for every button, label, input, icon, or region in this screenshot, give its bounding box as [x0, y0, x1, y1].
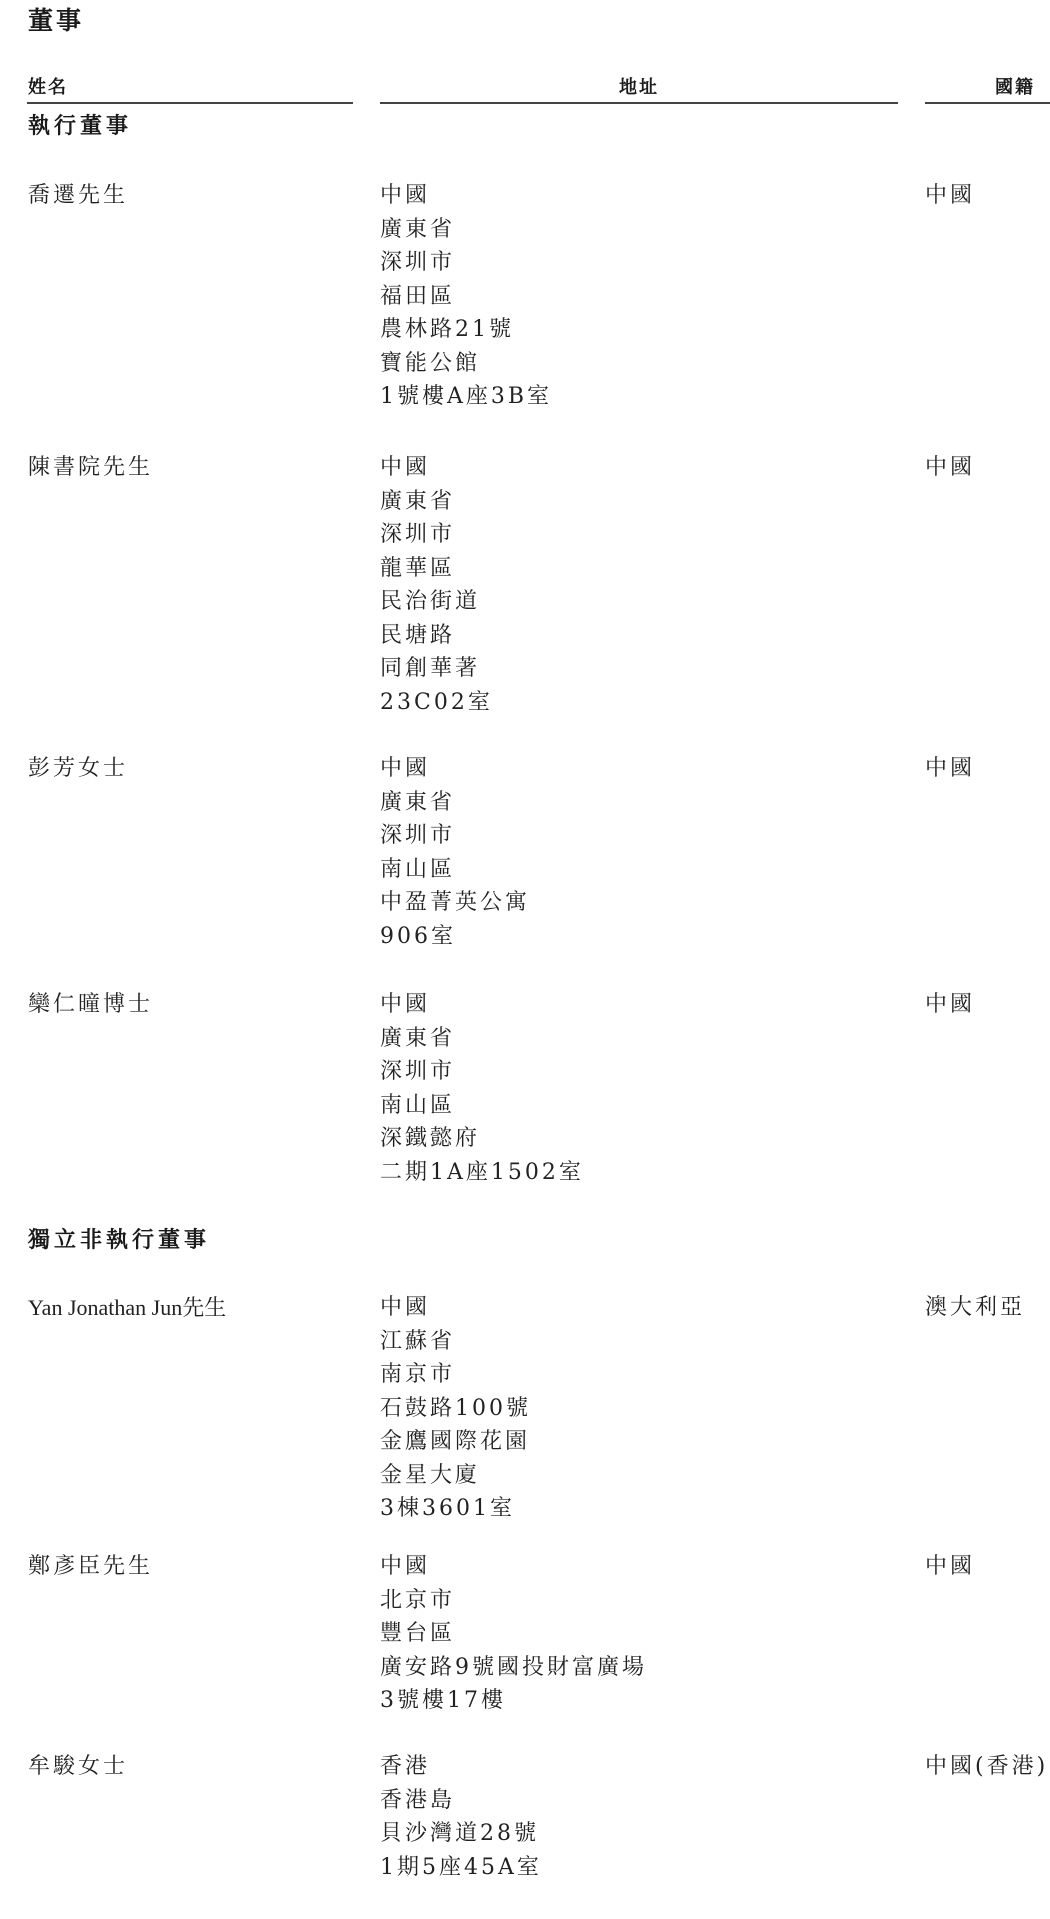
address-line: 中國 [380, 988, 584, 1022]
address-line: 同創華著 [380, 652, 493, 686]
header-rule-name [27, 102, 353, 104]
address-line: 廣安路9號國投財富廣場 [380, 1651, 647, 1685]
address-line: 3號樓17樓 [380, 1684, 647, 1718]
address-line: 農林路21號 [380, 313, 552, 347]
address-line: 江蘇省 [380, 1325, 531, 1359]
header-rule-nationality [925, 102, 1050, 104]
address-line: 中國 [380, 1291, 531, 1325]
director-nationality: 中國 [925, 752, 975, 786]
director-address: 中國 廣東省 深圳市 龍華區 民治街道 民塘路 同創華著 23C02室 [380, 451, 493, 719]
address-line: 廣東省 [380, 213, 552, 247]
director-nationality: 中國 [925, 988, 975, 1022]
address-line: 金星大廈 [380, 1459, 531, 1493]
address-line: 石鼓路100號 [380, 1392, 531, 1426]
director-name: 陳書院先生 [28, 451, 153, 485]
director-address: 中國 北京市 豐台區 廣安路9號國投財富廣場 3號樓17樓 [380, 1550, 647, 1718]
address-line: 豐台區 [380, 1617, 647, 1651]
address-line: 南山區 [380, 853, 530, 887]
address-line: 寶能公館 [380, 347, 552, 381]
address-line: 中國 [380, 752, 530, 786]
address-line: 香港島 [380, 1784, 542, 1818]
director-nationality: 中國(香港) [925, 1750, 1048, 1784]
director-name: 喬遷先生 [28, 179, 128, 213]
address-line: 中國 [380, 179, 552, 213]
address-line: 1號樓A座3B室 [380, 380, 552, 414]
director-address: 香港 香港島 貝沙灣道28號 1期5座45A室 [380, 1750, 542, 1884]
director-address: 中國 廣東省 深圳市 南山區 中盈菁英公寓 906室 [380, 752, 530, 953]
address-line: 中國 [380, 451, 493, 485]
column-header-name: 姓名 [28, 76, 68, 100]
address-line: 中盈菁英公寓 [380, 886, 530, 920]
director-nationality: 中國 [925, 179, 975, 213]
address-line: 福田區 [380, 280, 552, 314]
director-name: Yan Jonathan Jun先生 [28, 1291, 226, 1325]
director-name: 欒仁曈博士 [28, 988, 153, 1022]
section-heading-independent-directors: 獨立非執行董事 [28, 1226, 210, 1254]
director-address: 中國 江蘇省 南京市 石鼓路100號 金鷹國際花園 金星大廈 3棟3601室 [380, 1291, 531, 1526]
director-address: 中國 廣東省 深圳市 南山區 深鐵懿府 二期1A座1502室 [380, 988, 584, 1189]
address-line: 南京市 [380, 1358, 531, 1392]
address-line: 貝沙灣道28號 [380, 1817, 542, 1851]
director-nationality: 澳大利亞 [925, 1291, 1025, 1325]
section-heading-executive-directors: 執行董事 [28, 112, 132, 140]
address-line: 深圳市 [380, 1055, 584, 1089]
address-line: 南山區 [380, 1089, 584, 1123]
address-line: 二期1A座1502室 [380, 1156, 584, 1190]
director-name: 彭芳女士 [28, 752, 128, 786]
address-line: 深圳市 [380, 246, 552, 280]
header-rule-address [380, 102, 898, 104]
address-line: 廣東省 [380, 485, 493, 519]
address-line: 1期5座45A室 [380, 1851, 542, 1885]
address-line: 廣東省 [380, 786, 530, 820]
address-line: 深鐵懿府 [380, 1122, 584, 1156]
address-line: 23C02室 [380, 686, 493, 720]
address-line: 廣東省 [380, 1022, 584, 1056]
director-address: 中國 廣東省 深圳市 福田區 農林路21號 寶能公館 1號樓A座3B室 [380, 179, 552, 414]
address-line: 深圳市 [380, 518, 493, 552]
director-name: 牟駿女士 [28, 1750, 128, 1784]
address-line: 香港 [380, 1750, 542, 1784]
director-nationality: 中國 [925, 451, 975, 485]
address-line: 深圳市 [380, 819, 530, 853]
director-name: 鄭彥臣先生 [28, 1550, 153, 1584]
address-line: 中國 [380, 1550, 647, 1584]
address-line: 龍華區 [380, 552, 493, 586]
address-line: 金鷹國際花園 [380, 1425, 531, 1459]
page-title: 董事 [28, 6, 84, 36]
address-line: 民治街道 [380, 585, 493, 619]
address-line: 北京市 [380, 1584, 647, 1618]
column-header-nationality: 國籍 [925, 76, 1035, 100]
address-line: 906室 [380, 920, 530, 954]
director-nationality: 中國 [925, 1550, 975, 1584]
address-line: 民塘路 [380, 619, 493, 653]
address-line: 3棟3601室 [380, 1492, 531, 1526]
column-header-address: 地址 [380, 76, 898, 100]
